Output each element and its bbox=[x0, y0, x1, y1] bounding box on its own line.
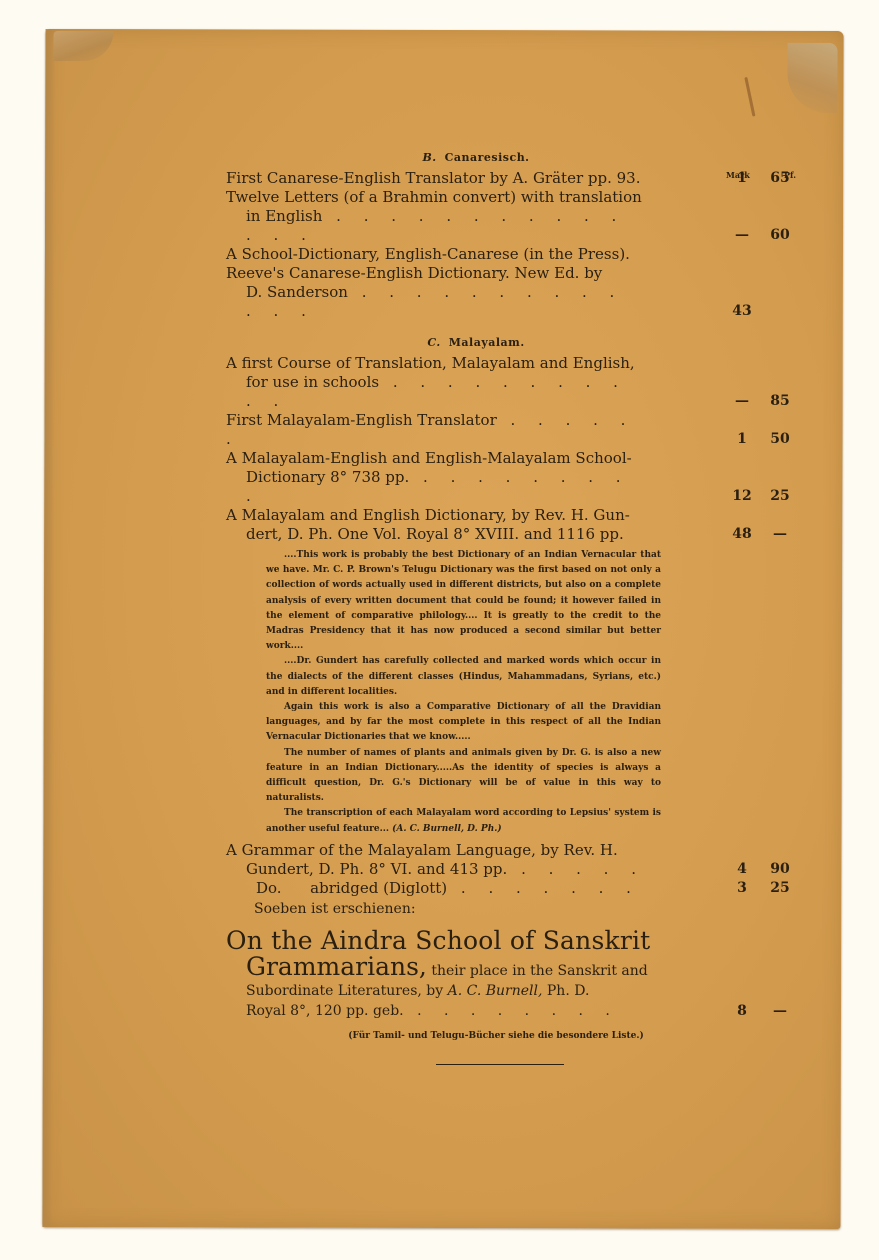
entry-title: abridged (Diglott) bbox=[310, 879, 447, 897]
entry-title: A Malayalam and English Dictionary, by R… bbox=[226, 506, 646, 525]
entry-continuation: in English . . . . . . . . . . . . . . bbox=[226, 207, 646, 245]
announcement-label: Soeben ist erschienen: bbox=[226, 900, 726, 919]
entry-cont-text: D. Sanderson bbox=[246, 283, 348, 301]
catalog-entry: Twelve Letters (of a Brahmin convert) wi… bbox=[226, 188, 726, 245]
author-degree: Ph. D. bbox=[542, 983, 589, 999]
price-mark: 1 bbox=[726, 169, 758, 188]
price-mark: 3 bbox=[726, 879, 758, 898]
review-paragraph: Again this work is also a Comparative Di… bbox=[266, 700, 661, 746]
section-title: Canaresisch. bbox=[445, 151, 530, 164]
entry-price: 8— bbox=[726, 1001, 796, 1021]
entry-cont-text: Dictionary 8° 738 pp. bbox=[246, 468, 409, 486]
entry-price: 1225 bbox=[726, 487, 796, 506]
section-letter: B. bbox=[422, 151, 436, 164]
entry-title: A Malayalam-English and English-Malayala… bbox=[226, 449, 646, 468]
entry-price: 325 bbox=[726, 879, 796, 898]
review-citation: (A. C. Burnell, D. Ph.) bbox=[392, 824, 502, 834]
review-paragraph: The transcription of each Malayalam word… bbox=[266, 806, 661, 836]
entry-title-text: First Malayalam-English Translator bbox=[226, 411, 497, 429]
author-prefix: Subordinate Literatures, by bbox=[246, 983, 448, 999]
price-pf: 60 bbox=[764, 226, 796, 245]
price-pf: 25 bbox=[764, 487, 796, 506]
entry-price: 150 bbox=[726, 430, 796, 449]
entry-title: Reeve's Canarese-English Dictionary. New… bbox=[226, 264, 646, 283]
section-letter: C. bbox=[427, 336, 440, 349]
entry-price: 43 bbox=[726, 302, 796, 321]
announcement-title-word: Grammarians, bbox=[246, 952, 427, 981]
catalog-entry: First Canarese-English Translator by A. … bbox=[226, 169, 726, 188]
entry-continuation: for use in schools . . . . . . . . . . . bbox=[226, 373, 646, 411]
entry-price: 165 bbox=[726, 169, 796, 188]
price-mark: — bbox=[726, 226, 758, 245]
review-paragraph: ....This work is probably the best Dicti… bbox=[266, 548, 661, 654]
price-pf bbox=[764, 302, 796, 321]
entry-continuation: dert, D. Ph. One Vol. Royal 8° XVIII. an… bbox=[226, 525, 646, 544]
entry-title: A first Course of Translation, Malayalam… bbox=[226, 354, 646, 373]
price-pf: 65 bbox=[764, 169, 796, 188]
price-pf: 25 bbox=[764, 879, 796, 898]
price-mark: 8 bbox=[726, 1001, 758, 1021]
entry-title: A School-Dictionary, English-Canarese (i… bbox=[226, 245, 646, 264]
announcement-price-line: Royal 8°, 120 pp. geb. . . . . . . . . 8… bbox=[226, 1001, 726, 1021]
price-pf: — bbox=[764, 1001, 796, 1021]
entry-price: —60 bbox=[726, 226, 796, 245]
stain-mark bbox=[744, 77, 755, 117]
entry-price: 48— bbox=[726, 525, 796, 544]
entry-title: First Malayalam-English Translator . . .… bbox=[226, 411, 646, 449]
section-heading-malayalam: C.Malayalam. bbox=[226, 333, 726, 352]
entry-title: First Canarese-English Translator by A. … bbox=[226, 169, 646, 188]
price-mark: 48 bbox=[726, 525, 758, 544]
price-mark: 1 bbox=[726, 430, 758, 449]
entry-price: —85 bbox=[726, 392, 796, 411]
price-pf: — bbox=[764, 525, 796, 544]
entry-title: A Grammar of the Malayalam Language, by … bbox=[226, 841, 646, 860]
price-mark: 12 bbox=[726, 487, 758, 506]
footnote: (Für Tamil- und Telugu-Bücher siehe die … bbox=[226, 1027, 726, 1046]
leader-dots: . . . . . . . bbox=[447, 879, 640, 897]
ditto-label: Do. bbox=[256, 879, 282, 897]
price-pf: 90 bbox=[764, 860, 796, 879]
leader-dots: . . . . . bbox=[507, 860, 645, 878]
catalog-entry: A Malayalam and English Dictionary, by R… bbox=[226, 506, 726, 544]
price-pf: 50 bbox=[764, 430, 796, 449]
review-paragraph: ....Dr. Gundert has carefully collected … bbox=[266, 654, 661, 700]
price-mark: — bbox=[726, 392, 758, 411]
price-pf: 85 bbox=[764, 392, 796, 411]
entry-continuation: Gundert, D. Ph. 8° VI. and 413 pp. . . .… bbox=[226, 860, 646, 879]
announcement-title-line2: Grammarians, their place in the Sanskrit… bbox=[226, 957, 726, 981]
price-mark: 43 bbox=[726, 302, 758, 321]
entry-continuation: D. Sanderson . . . . . . . . . . . . . bbox=[226, 283, 646, 321]
review-quotation: ....This work is probably the best Dicti… bbox=[266, 548, 661, 837]
catalog-entry: A Grammar of the Malayalam Language, by … bbox=[226, 841, 726, 879]
entry-cont-text: Gundert, D. Ph. 8° VI. and 413 pp. bbox=[246, 860, 507, 878]
entry-cont-text: for use in schools bbox=[246, 373, 379, 391]
catalog-entry: A Malayalam-English and English-Malayala… bbox=[226, 449, 726, 506]
worn-corner-top-left bbox=[53, 31, 113, 61]
leader-dots: . . . . . . . . bbox=[404, 1003, 619, 1019]
catalog-entry: Reeve's Canarese-English Dictionary. New… bbox=[226, 264, 726, 321]
closing-rule bbox=[436, 1064, 564, 1065]
author-name: A. C. Burnell, bbox=[448, 983, 543, 999]
entry-title: Twelve Letters (of a Brahmin convert) wi… bbox=[226, 188, 646, 207]
section-title: Malayalam. bbox=[449, 336, 525, 349]
catalog-entry: Do. abridged (Diglott) . . . . . . . 325 bbox=[226, 879, 726, 898]
catalog-entry: A School-Dictionary, English-Canarese (i… bbox=[226, 245, 726, 264]
catalog-listing: B.Canaresisch. Mark Pf. First Canarese-E… bbox=[226, 144, 726, 1065]
catalog-entry: First Malayalam-English Translator . . .… bbox=[226, 411, 726, 449]
review-paragraph: The number of names of plants and animal… bbox=[266, 746, 661, 807]
announcement-subtitle: their place in the Sanskrit and bbox=[427, 963, 648, 979]
section-heading-canaresisch: B.Canaresisch. bbox=[226, 148, 726, 167]
entry-cont-text: in English bbox=[246, 207, 322, 225]
price-mark: 4 bbox=[726, 860, 758, 879]
worn-corner-top-right bbox=[787, 43, 837, 113]
edition-details: Royal 8°, 120 pp. geb. bbox=[246, 1003, 404, 1019]
catalog-entry: A first Course of Translation, Malayalam… bbox=[226, 354, 726, 411]
entry-price: 490 bbox=[726, 860, 796, 879]
entry-continuation: Dictionary 8° 738 pp. . . . . . . . . . bbox=[226, 468, 646, 506]
announcement-author-line: Subordinate Literatures, by A. C. Burnel… bbox=[226, 981, 726, 1001]
